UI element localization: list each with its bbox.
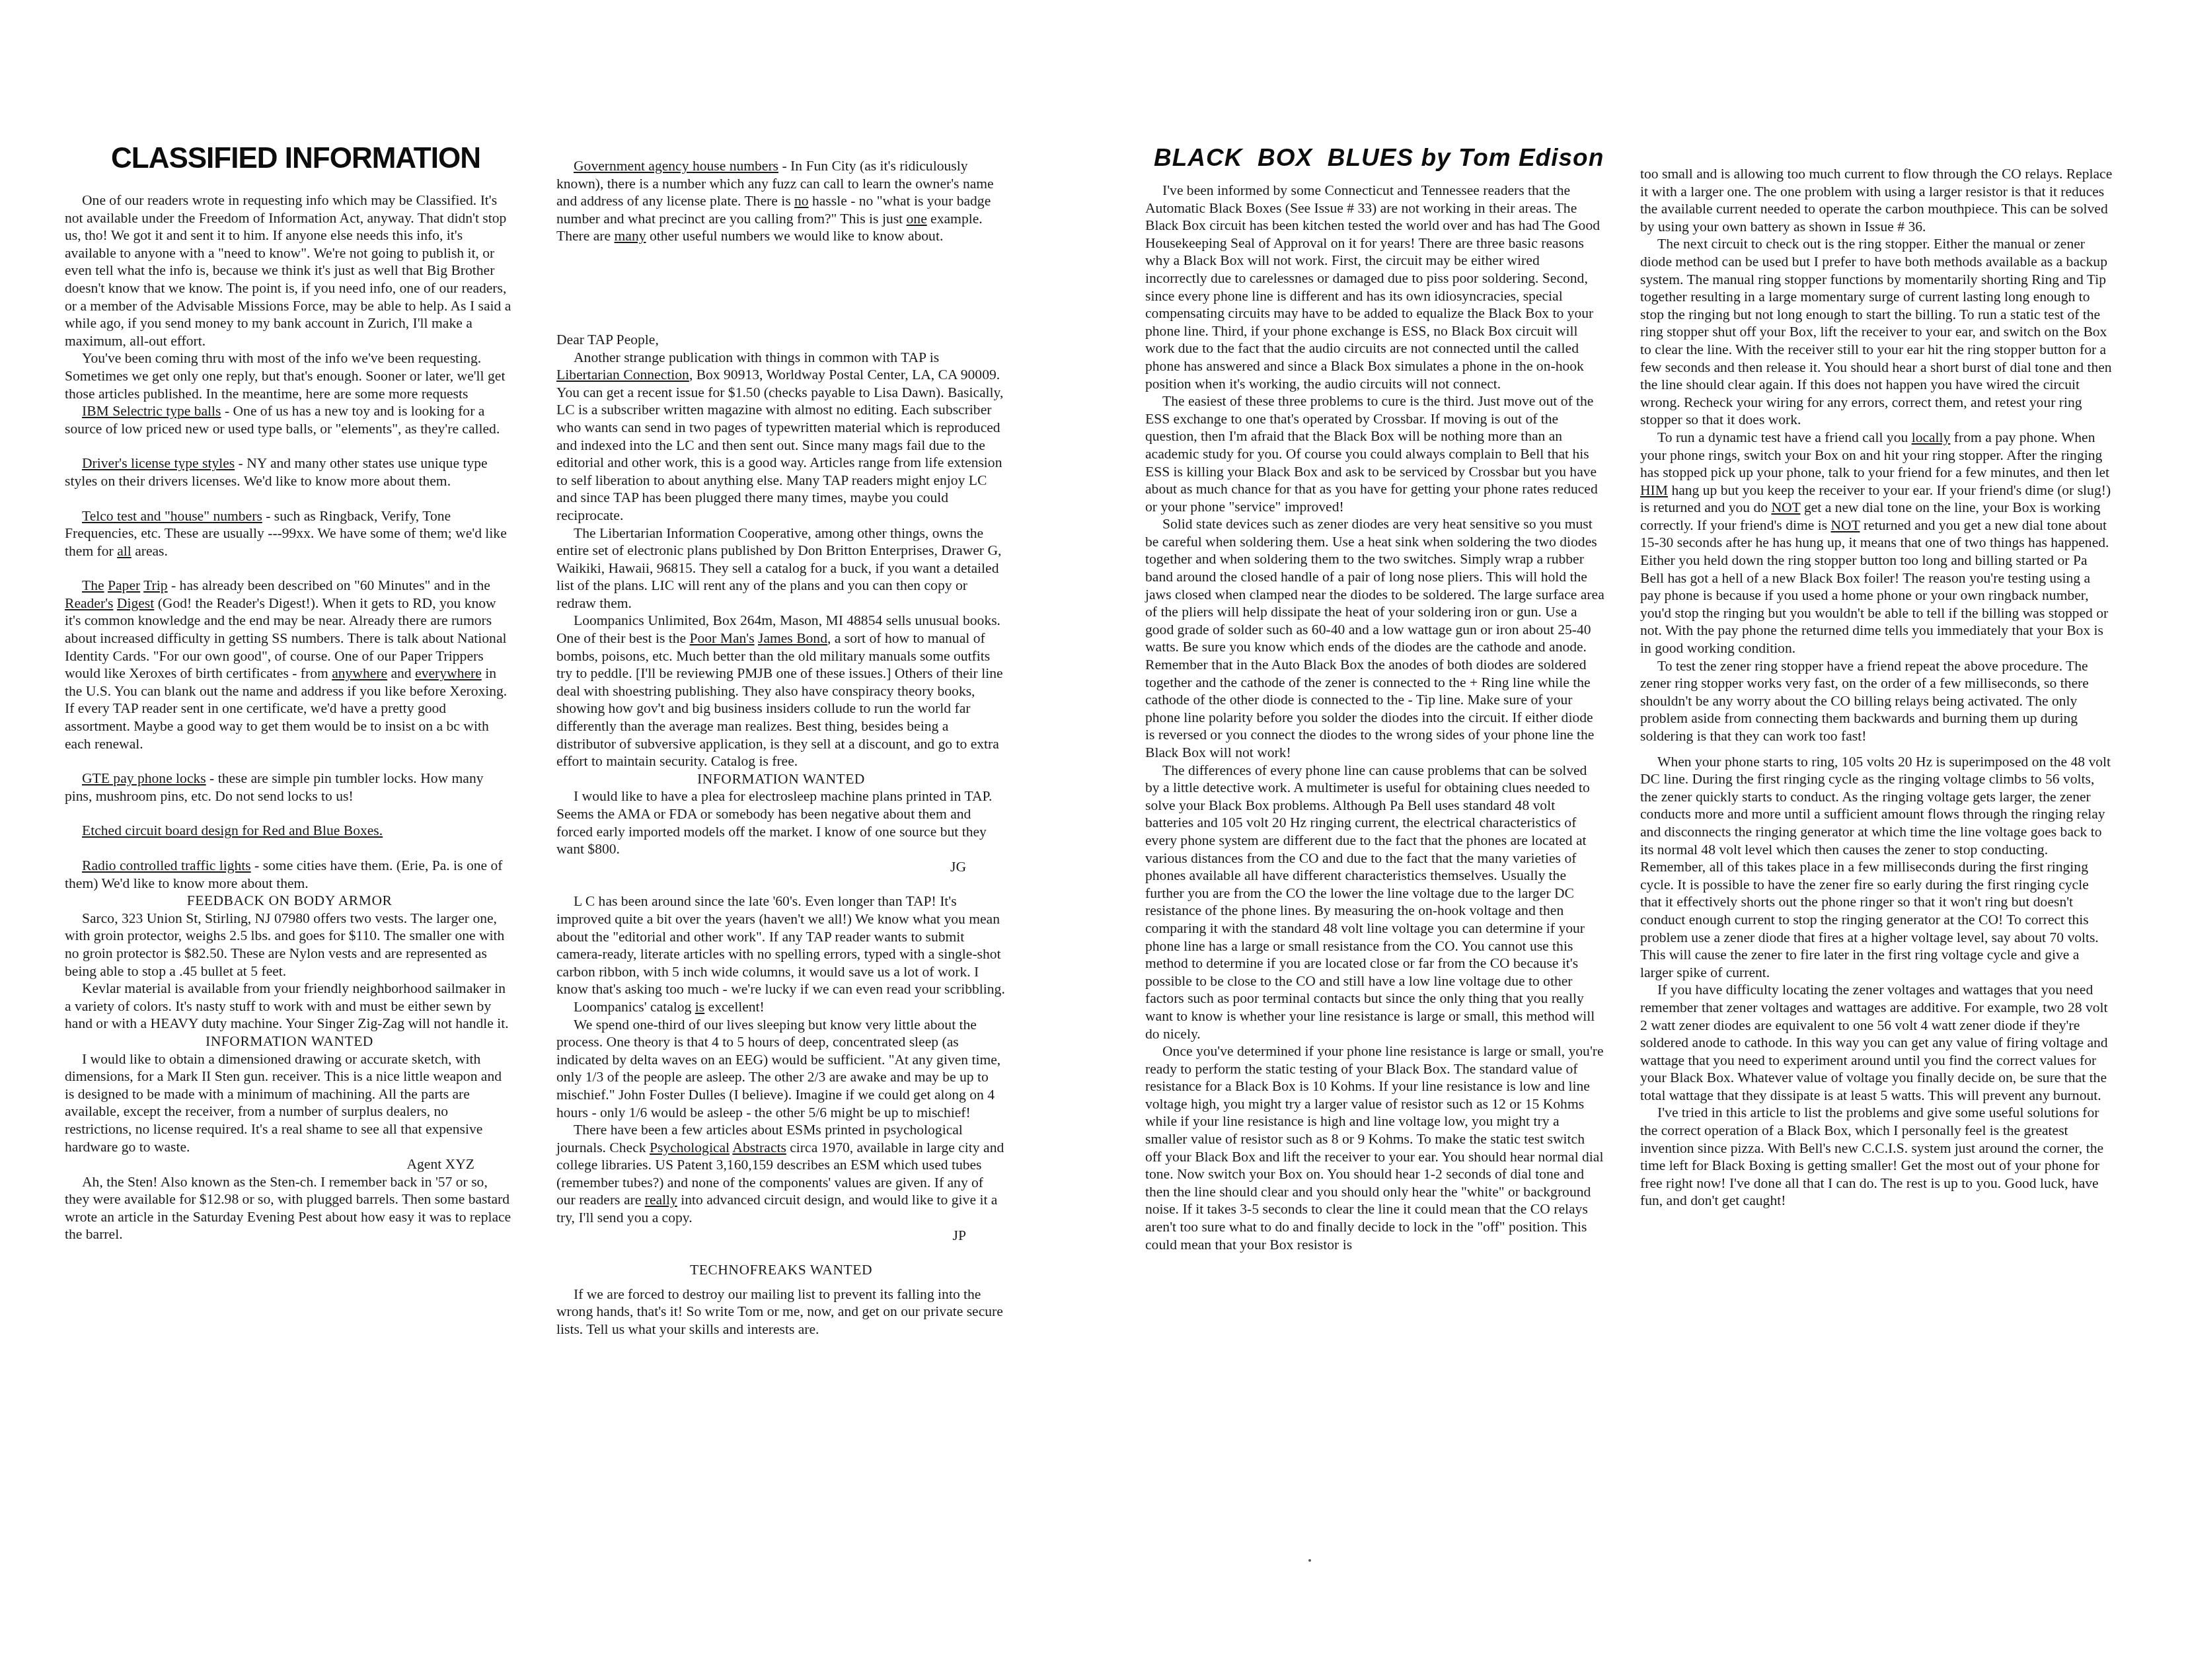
article-paragraph-4: The differences of every phone line can … [1145, 762, 1604, 1043]
letter-paragraph-1: Another strange publication with things … [556, 349, 1006, 525]
print-speck [1308, 1559, 1311, 1562]
article-paragraph-3: Solid state devices such as zener diodes… [1145, 515, 1604, 761]
page-title-black-box-blues: BLACK BOX BLUES by Tom Edison [1154, 144, 1604, 172]
paragraph-armor-2: Kevlar material is available from your f… [65, 980, 514, 1033]
article-paragraph-11: If you have difficulty locating the zene… [1640, 981, 2113, 1104]
column-1: One of our readers wrote in requesting i… [65, 192, 514, 1243]
request-ibm-selectric: IBM Selectric type balls - One of us has… [65, 402, 514, 437]
request-heading: Government agency house numbers [574, 158, 778, 174]
section-heading-technofreaks: TECHNOFREAKS WANTED [556, 1261, 1006, 1279]
paragraph-intro-2: You've been coming thru with most of the… [65, 349, 514, 402]
paragraph-intro: One of our readers wrote in requesting i… [65, 192, 514, 349]
section-heading-information-wanted: INFORMATION WANTED [65, 1033, 514, 1050]
paragraph-electrosleep-request: I would like to have a plea for electros… [556, 787, 1006, 858]
article-paragraph-5: Once you've determined if your phone lin… [1145, 1042, 1604, 1253]
signature-agent-xyz: Agent XYZ [65, 1155, 514, 1173]
column-3: I've been informed by some Connecticut a… [1145, 182, 1604, 1253]
paragraph-technofreaks: If we are forced to destroy our mailing … [556, 1286, 1006, 1338]
article-paragraph-8: To run a dynamic test have a friend call… [1640, 429, 2113, 657]
request-heading: Driver's license type styles [82, 455, 235, 471]
article-paragraph-12: I've tried in this article to list the p… [1640, 1104, 2113, 1210]
request-government-numbers: Government agency house numbers - In Fun… [556, 157, 1006, 245]
section-heading-information-wanted-2: INFORMATION WANTED [556, 770, 1006, 788]
letter-paragraph-2: The Libertarian Information Cooperative,… [556, 525, 1006, 612]
request-etched-circuit: Etched circuit board design for Red and … [65, 822, 514, 840]
reply-paragraph-4: There have been a few articles about ESM… [556, 1121, 1006, 1227]
request-heading: IBM Selectric type balls [82, 403, 221, 419]
request-heading: The [82, 577, 104, 593]
letter-paragraph-3: Loompanics Unlimited, Box 264m, Mason, M… [556, 612, 1006, 770]
request-drivers-license: Driver's license type styles - NY and ma… [65, 455, 514, 490]
request-heading: Etched circuit board design for Red and … [82, 822, 383, 838]
reply-paragraph-1: L C has been around since the late '60's… [556, 893, 1006, 998]
request-gte-locks: GTE pay phone locks - these are simple p… [65, 770, 514, 805]
request-radio-traffic-lights: Radio controlled traffic lights - some c… [65, 857, 514, 892]
signature-jg: JG [556, 858, 1006, 876]
paragraph-armor-1: Sarco, 323 Union St, Stirling, NJ 07980 … [65, 910, 514, 980]
reply-paragraph-2: Loompanics' catalog is excellent! [556, 998, 1006, 1016]
article-paragraph-9: To test the zener ring stopper have a fr… [1640, 657, 2113, 745]
column-2: Government agency house numbers - In Fun… [556, 157, 1006, 1338]
page-title-classified-information: CLASSIFIED INFORMATION [111, 142, 480, 175]
article-paragraph-10: When your phone starts to ring, 105 volt… [1640, 753, 2113, 982]
reply-paragraph-3: We spend one-third of our lives sleeping… [556, 1016, 1006, 1122]
article-paragraph-7: The next circuit to check out is the rin… [1640, 235, 2113, 429]
request-heading: Radio controlled traffic lights [82, 858, 251, 873]
article-paragraph-1: I've been informed by some Connecticut a… [1145, 182, 1604, 392]
paragraph-sten-request: I would like to obtain a dimensioned dra… [65, 1050, 514, 1156]
article-paragraph-2: The easiest of these three problems to c… [1145, 392, 1604, 515]
request-heading: Telco test and "house" numbers [82, 508, 262, 524]
left-page: CLASSIFIED INFORMATION One of our reader… [0, 0, 1093, 1680]
column-4: too small and is allowing too much curre… [1640, 165, 2113, 1210]
request-paper-trip: The Paper Trip - has already been descri… [65, 577, 514, 752]
signature-jp: JP [556, 1227, 1006, 1245]
paragraph-sten-reply: Ah, the Sten! Also known as the Sten-ch.… [65, 1173, 514, 1243]
letter-salutation: Dear TAP People, [556, 331, 1006, 349]
request-telco-numbers: Telco test and "house" numbers - such as… [65, 507, 514, 560]
section-heading-body-armor: FEEDBACK ON BODY ARMOR [65, 892, 514, 910]
request-heading: GTE pay phone locks [82, 770, 206, 786]
article-paragraph-6: too small and is allowing too much curre… [1640, 165, 2113, 235]
